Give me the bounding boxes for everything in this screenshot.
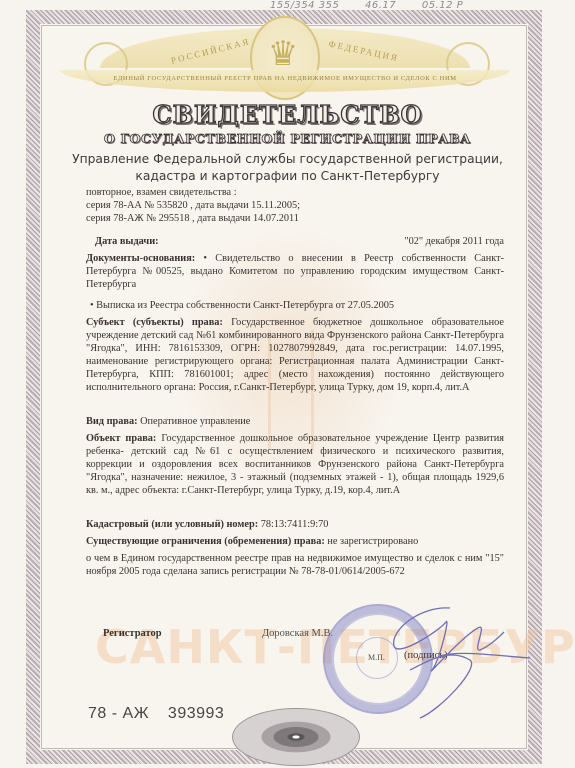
agency-line-1: Управление Федеральной службы государств… xyxy=(0,151,575,168)
form-number: 393993 xyxy=(168,705,224,722)
guilloche-rosette-icon xyxy=(232,708,360,766)
document-title: СВИДЕТЕЛЬСТВО xyxy=(0,100,575,129)
cadastral-block: Кадастровый (или условный) номер: 78:13:… xyxy=(86,518,504,531)
cadastral-value: 78:13:7411:9:70 xyxy=(261,519,329,530)
reissue-item: серия 78-АА № 535820 , дата выдачи 15.11… xyxy=(86,199,504,212)
object-block: Объект права: Государственное дошкольное… xyxy=(86,432,504,497)
basis-document-2: • Выписка из Реестра собственности Санкт… xyxy=(86,299,504,312)
issuing-agency: Управление Федеральной службы государств… xyxy=(0,151,575,185)
reissue-item: серия 78-АЖ № 295518 , дата выдачи 14.07… xyxy=(86,212,504,225)
encumbrances-block: Существующие ограничения (обременения) п… xyxy=(86,535,504,548)
subject-label: Субъект (субъекты) права: xyxy=(86,317,223,328)
ribbon-banner-text: ЕДИНЫЙ ГОСУДАРСТВЕННЫЙ РЕЕСТР ПРАВ НА НЕ… xyxy=(60,75,510,82)
issue-date-value: "02" декабря 2011 года xyxy=(404,235,504,248)
header-emblem: РОССИЙСКАЯ ФЕДЕРАЦИЯ ♛ ЕДИНЫЙ ГОСУДАРСТВ… xyxy=(60,12,510,102)
subject-block: Субъект (субъекты) права: Государственно… xyxy=(86,316,504,394)
reissue-intro: повторное, взамен свидетельства : xyxy=(86,186,504,199)
agency-line-2: кадастра и картографии по Санкт-Петербур… xyxy=(0,168,575,185)
registrar-name: Доровская М.В. xyxy=(262,628,333,639)
encumbrances-value: не зарегистрировано xyxy=(327,536,418,547)
issue-date-row: Дата выдачи: "02" декабря 2011 года xyxy=(86,235,504,248)
cadastral-label: Кадастровый (или условный) номер: xyxy=(86,519,258,530)
reissue-block: повторное, взамен свидетельства : серия … xyxy=(86,186,504,225)
form-serial-number: 78 - АЖ 393993 xyxy=(88,705,224,723)
right-type-value: Оперативное управление xyxy=(140,416,250,427)
form-series: 78 - АЖ xyxy=(88,705,149,722)
basis-documents: Документы-основания: • Свидетельство о в… xyxy=(86,252,504,291)
right-type-label: Вид права: xyxy=(86,416,138,427)
encumbrances-label: Существующие ограничения (обременения) п… xyxy=(86,536,325,547)
right-type-block: Вид права: Оперативное управление xyxy=(86,415,504,428)
registrar-label: Регистратор xyxy=(103,628,162,639)
document-subtitle: О ГОСУДАРСТВЕННОЙ РЕГИСТРАЦИИ ПРАВА xyxy=(0,131,575,146)
registry-record: о чем в Едином государственном реестре п… xyxy=(86,552,504,578)
basis-documents-label: Документы-основания: xyxy=(86,253,195,264)
object-label: Объект права: xyxy=(86,433,156,444)
handwritten-signature-icon xyxy=(380,600,540,720)
subject-value: Государственное бюджетное дошкольное обр… xyxy=(86,317,504,393)
certificate-body: повторное, взамен свидетельства : серия … xyxy=(86,186,504,578)
issue-date-label: Дата выдачи: xyxy=(95,235,159,248)
